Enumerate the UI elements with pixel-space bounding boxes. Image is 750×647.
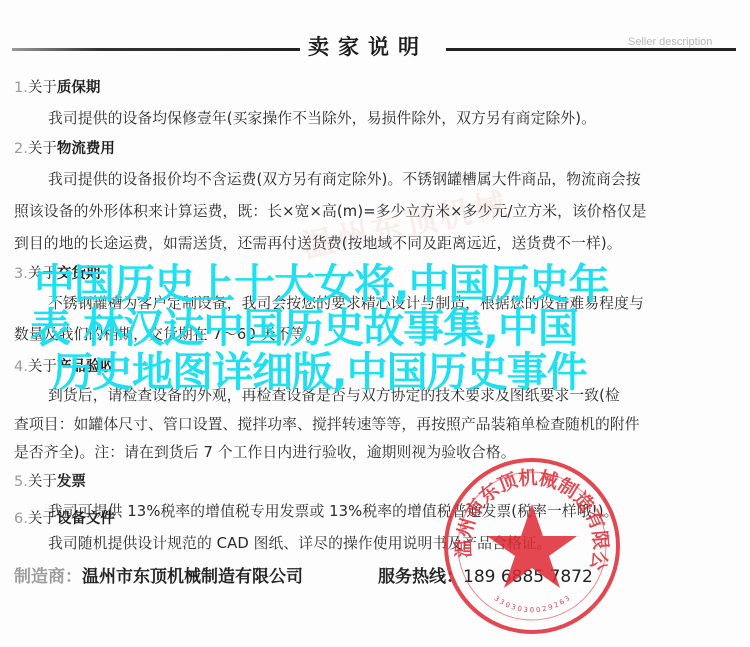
section-text: 照该设备的外形体积来计算运费，既：长×宽×高(m)=多少立方米×多少元/立方米，… — [14, 200, 647, 221]
company-seal: 温州市东顶机械制造有限公司 3303030029263 — [444, 458, 620, 634]
section-text: 我司提供的设备均保修壹年(买家操作不当除外，易损件除外，双方另有商定除外)。 — [48, 107, 596, 128]
svg-text:3303030029263: 3303030029263 — [493, 593, 573, 614]
section-text: 是否齐全)。注：请在到货后 7 个工作日内进行验收，逾期则视为验收合格。 — [14, 441, 516, 462]
section-text: 我司提供的设备报价均不含运费(双方另有商定除外)。不锈钢罐槽属大件商品，物流商会… — [48, 168, 641, 189]
watermark: 温州东顶机械 — [298, 179, 513, 268]
section-text: 查项目：如罐体尺寸、管口设置、搅拌功率、搅拌转速等等，再按照产品装箱单检查随机的… — [14, 413, 640, 434]
section-title-documents: 6.关于设备文件 — [14, 507, 115, 528]
section-title-invoice: 5.关于发票 — [14, 470, 86, 491]
page-subtitle: Seller description — [628, 36, 712, 48]
section-title-warranty: 1.关于质保期 — [14, 76, 100, 97]
header-rule-left — [12, 48, 300, 51]
seller-description-document: 卖家说明 Seller description 温州东顶机械 1.关于质保期 我… — [0, 0, 750, 647]
manufacturer: 制造商：温州市东顶机械制造有限公司 — [14, 562, 303, 587]
section-text: 到目的地的长途运费，如需送货，还需再付送货费(按地域不同及距离远近，送货费不一样… — [14, 232, 622, 253]
overlay-line: 表 林汉达中国历史故事集,中国 — [30, 306, 734, 350]
section-title-logistics: 2.关于物流费用 — [14, 137, 115, 158]
page-title: 卖家说明 — [308, 31, 448, 61]
header-rule-right — [446, 48, 736, 51]
overlay-line: 中国历史上十大女将,中国历史年 — [34, 262, 734, 306]
overlay-title: 中国历史上十大女将,中国历史年 表 林汉达中国历史故事集,中国 历史地图详细版,… — [34, 262, 734, 394]
overlay-line: 历史地图详细版,中国历史事件 — [52, 350, 734, 394]
star-icon: 温州市东顶机械制造有限公司 3303030029263 — [448, 462, 616, 630]
